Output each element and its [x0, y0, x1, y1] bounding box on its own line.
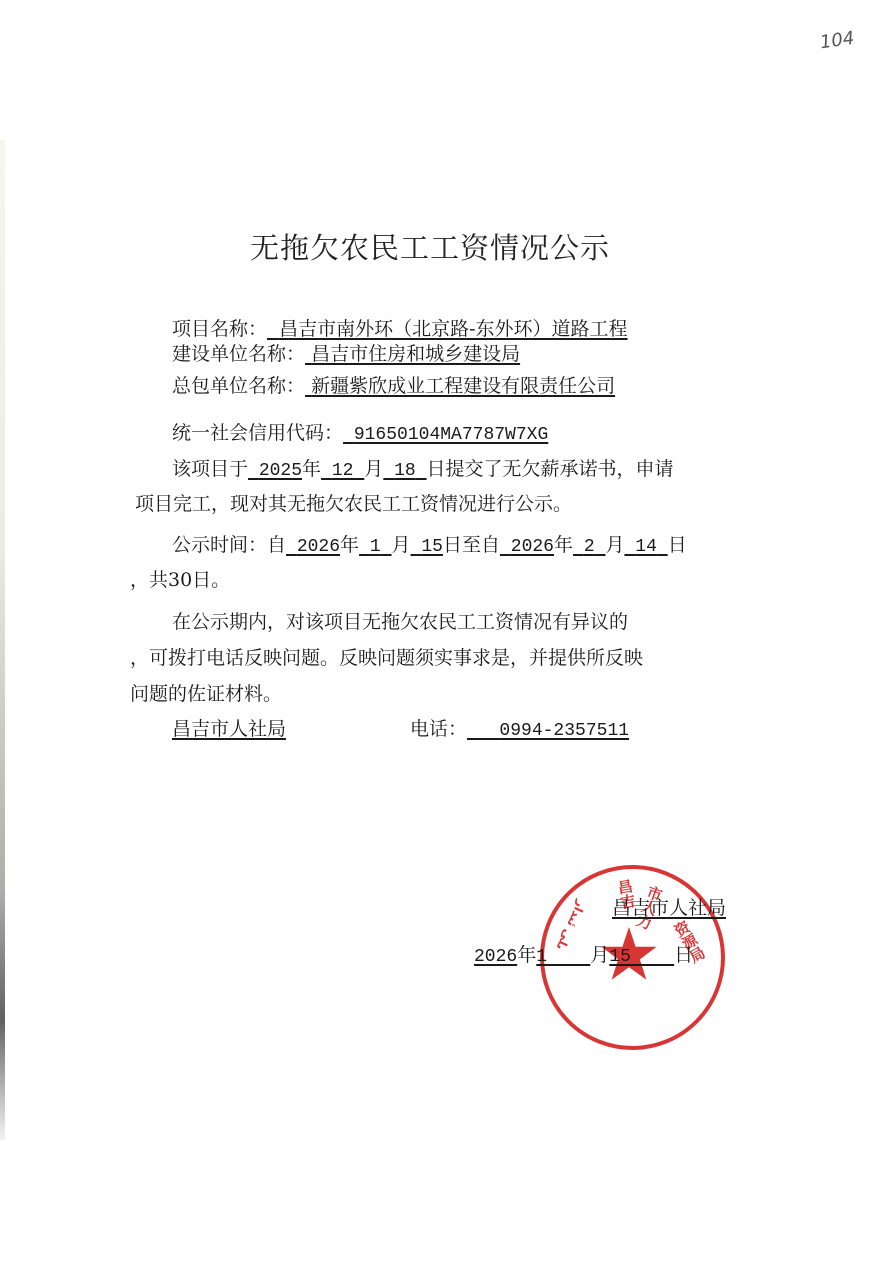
p1-month: 12	[321, 461, 364, 481]
p1-year: 2025	[248, 461, 302, 481]
contact-org: 昌吉市人社局	[172, 716, 286, 742]
p1-suffix: 日提交了无欠薪承诺书，申请	[427, 458, 674, 480]
p2-year-label: 年	[340, 534, 359, 556]
sign-year: 2026	[474, 947, 517, 967]
paragraph3-line3: 问题的佐证材料。	[130, 681, 282, 707]
sign-year-label: 年	[517, 944, 536, 966]
p1-month-label: 月	[364, 458, 383, 480]
project-name-row: 项目名称： 昌吉市南外环（北京路-东外环）道路工程	[172, 316, 628, 342]
paragraph1-line2: 项目完工，现对其无拖欠农民工工资情况进行公示。	[135, 491, 572, 517]
p2-end-day: 14	[624, 537, 667, 557]
phone-value[interactable]: 0994-2357511	[467, 721, 629, 741]
paragraph3-line2: ，可拨打电话反映问题。反映问题须实事求是，并提供所反映	[130, 645, 643, 671]
builder-label: 建设单位名称：	[172, 343, 305, 365]
project-name-value: 昌吉市南外环（北京路-东外环）道路工程	[267, 318, 628, 340]
signature-date: 2026年1 月15 日	[474, 940, 693, 967]
p2-start-day: 15	[411, 537, 443, 557]
builder-row: 建设单位名称： 昌吉市住房和城乡建设局	[172, 341, 520, 367]
p2-start-year: 2026	[286, 537, 340, 557]
p1-day: 18	[383, 461, 426, 481]
p2-mid: 日至自	[443, 534, 500, 556]
contact-phone-row: 电话： 0994-2357511	[410, 716, 629, 744]
p2-start-month: 1	[359, 537, 391, 557]
p2-month-label-2: 月	[605, 534, 624, 556]
handwritten-page-number: 104	[819, 28, 856, 54]
contractor-label: 总包单位名称：	[172, 375, 305, 397]
p2-month-label: 月	[392, 534, 411, 556]
sign-day: 15	[609, 947, 674, 967]
builder-value: 昌吉市住房和城乡建设局	[305, 343, 520, 365]
contractor-row: 总包单位名称： 新疆紫欣成业工程建设有限责任公司	[172, 373, 615, 399]
p1-year-label: 年	[302, 458, 321, 480]
document-title: 无拖欠农民工工资情况公示	[250, 226, 610, 267]
scan-edge-shadow	[0, 140, 5, 1140]
p2-year-label-2: 年	[554, 534, 573, 556]
sign-month: 1	[536, 947, 590, 967]
credit-code-label: 统一社会信用代码：	[172, 422, 343, 444]
contractor-value: 新疆紫欣成业工程建设有限责任公司	[305, 375, 615, 397]
phone-label: 电话：	[410, 718, 467, 740]
sign-month-label: 月	[590, 944, 609, 966]
credit-code-value: 91650104MA7787W7XG	[343, 425, 548, 445]
paragraph1-line1: 该项目于 2025年 12 月 18 日提交了无欠薪承诺书，申请	[172, 456, 674, 484]
credit-code-row: 统一社会信用代码： 91650104MA7787W7XG	[172, 420, 548, 448]
p2-end-month: 2	[573, 537, 605, 557]
signature-org-name: 昌吉市人社局	[612, 897, 726, 919]
p2-end-year: 2026	[500, 537, 554, 557]
paragraph2-line2: ，共30日。	[130, 567, 230, 593]
paragraph2-line1: 公示时间：自 2026年 1 月 15日至自 2026年 2 月 14 日	[172, 532, 687, 560]
p2-day-label: 日	[668, 534, 687, 556]
contact-org-name: 昌吉市人社局	[172, 718, 286, 740]
sign-day-label: 日	[674, 944, 693, 966]
project-name-label: 项目名称：	[172, 318, 267, 340]
paragraph3-line1: 在公示期内，对该项目无拖欠农民工工资情况有异议的	[172, 609, 628, 635]
signature-org: 昌吉市人社局	[612, 893, 726, 920]
p2-prefix: 公示时间：自	[172, 534, 286, 556]
p1-prefix: 该项目于	[172, 458, 248, 480]
